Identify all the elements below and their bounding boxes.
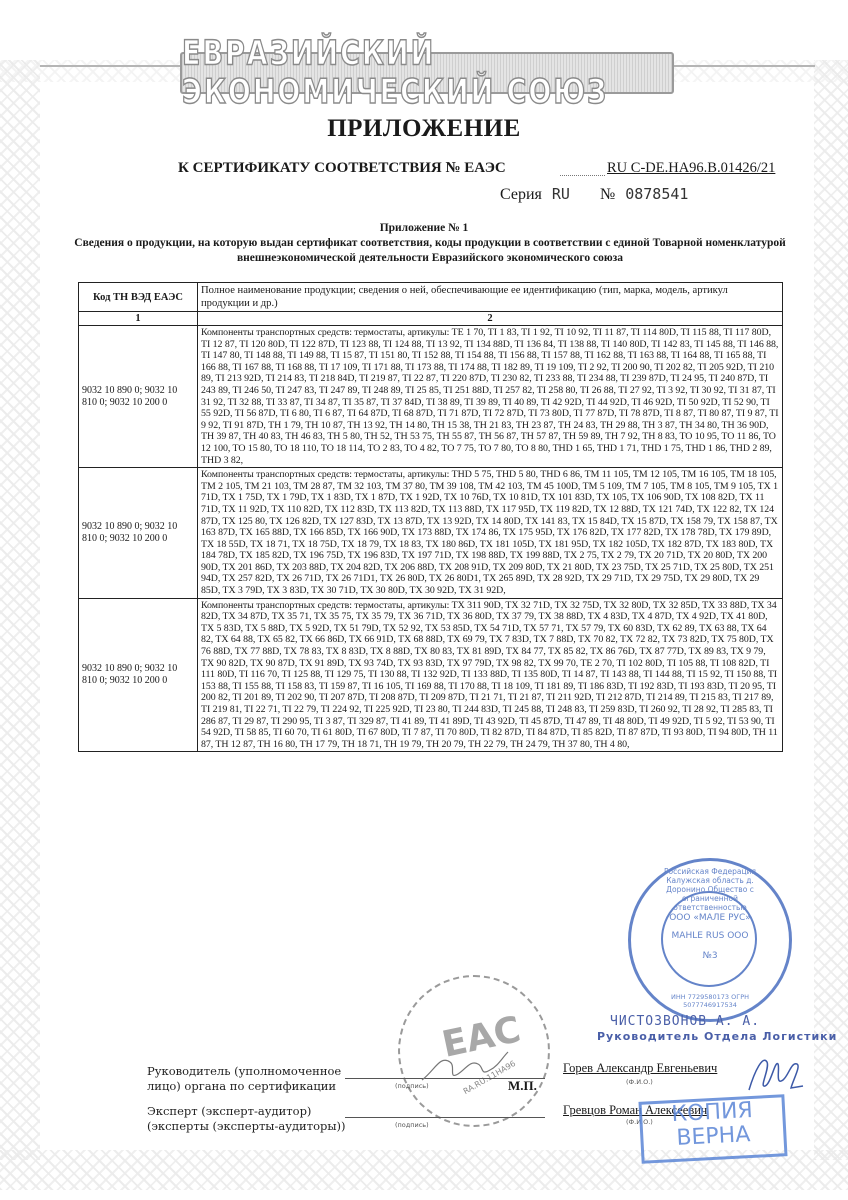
column-number-2: 2	[198, 312, 783, 326]
certificate-number: RU C-DE.HA96.B.01426/21	[607, 160, 775, 177]
series-label: Серия	[500, 186, 542, 203]
hs-code-cell: 9032 10 890 0; 9032 10 810 0; 9032 10 20…	[79, 598, 198, 752]
table-header-row: Код ТН ВЭД ЕАЭС Полное наименование прод…	[79, 283, 783, 312]
description-cell: Компоненты транспортных средств: термост…	[198, 326, 783, 468]
head-label-line2: лицо) органа по сертификации	[147, 1079, 341, 1094]
description-cell: Компоненты транспортных средств: термост…	[198, 468, 783, 599]
banner-rule-left	[40, 65, 180, 67]
table-row: 9032 10 890 0; 9032 10 810 0; 9032 10 20…	[79, 468, 783, 599]
hs-code-cell: 9032 10 890 0; 9032 10 810 0; 9032 10 20…	[79, 326, 198, 468]
head-fio-caption: (Ф.И.О.)	[626, 1078, 653, 1086]
company-seal-line3: №3	[631, 951, 789, 961]
column-number-row: 1 2	[79, 312, 783, 326]
hs-code-cell: 9032 10 890 0; 9032 10 810 0; 9032 10 20…	[79, 468, 198, 599]
expert-label-line2: (эксперты (эксперты-аудиторы))	[147, 1119, 346, 1134]
logistics-manager-name: ЧИСТОЗВОНОВ А. А.	[610, 1014, 760, 1029]
certified-copy-stamp: КОПИЯ ВЕРНА	[638, 1094, 787, 1164]
expert-signature-line	[345, 1117, 545, 1118]
seal-place-mark: М.П.	[508, 1078, 537, 1094]
certifier-signature-icon	[420, 1040, 510, 1090]
banner-rule-right	[670, 65, 815, 67]
handwritten-signature-icon	[745, 1050, 805, 1095]
company-seal-line1: ООО «МАЛЕ РУС»	[631, 913, 789, 923]
expert-label-line1: Эксперт (эксперт-аудитор)	[147, 1104, 346, 1119]
product-table: Код ТН ВЭД ЕАЭС Полное наименование прод…	[78, 282, 783, 752]
table-row: 9032 10 890 0; 9032 10 810 0; 9032 10 20…	[79, 326, 783, 468]
series-value: RU	[552, 185, 570, 203]
form-number: 0878541	[625, 185, 688, 203]
expert-signature-caption: (подпись)	[395, 1121, 429, 1129]
form-number-label: №	[600, 186, 615, 203]
description-cell: Компоненты транспортных средств: термост…	[198, 598, 783, 752]
company-seal-bottom-text: ИНН 7729580173 ОГРН 5077746917534	[631, 993, 789, 1009]
company-seal-stamp: Российская Федерация Калужская область д…	[628, 858, 792, 1022]
appendix-description: Сведения о продукции, на которую выдан с…	[60, 236, 800, 266]
header-hs-code: Код ТН ВЭД ЕАЭС	[79, 283, 198, 312]
header-product-description: Полное наименование продукции; сведения …	[198, 283, 783, 312]
certificate-label: К СЕРТИФИКАТУ СООТВЕТСТВИЯ № ЕАЭС	[178, 160, 506, 177]
eaeu-banner: ЕВРАЗИЙСКИЙ ЭКОНОМИЧЕСКИЙ СОЮЗ	[180, 52, 674, 94]
series-line: Серия RU № 0878541	[500, 185, 688, 204]
column-number-1: 1	[79, 312, 198, 326]
logistics-manager-role: Руководитель Отдела Логистики	[597, 1030, 837, 1043]
head-label-line1: Руководитель (уполномоченное	[147, 1064, 341, 1079]
head-of-body-label: Руководитель (уполномоченное лицо) орган…	[147, 1064, 341, 1094]
certificate-dotted-line	[560, 175, 605, 176]
document-title: ПРИЛОЖЕНИЕ	[0, 115, 848, 143]
table-row: 9032 10 890 0; 9032 10 810 0; 9032 10 20…	[79, 598, 783, 752]
company-seal-line2: MAHLE RUS OOO	[631, 931, 789, 941]
expert-label: Эксперт (эксперт-аудитор) (эксперты (экс…	[147, 1104, 346, 1134]
appendix-title: Приложение № 1	[0, 222, 848, 234]
banner-text: ЕВРАЗИЙСКИЙ ЭКОНОМИЧЕСКИЙ СОЮЗ	[182, 34, 672, 112]
head-of-body-name: Горев Александр Евгеньевич	[563, 1061, 717, 1076]
